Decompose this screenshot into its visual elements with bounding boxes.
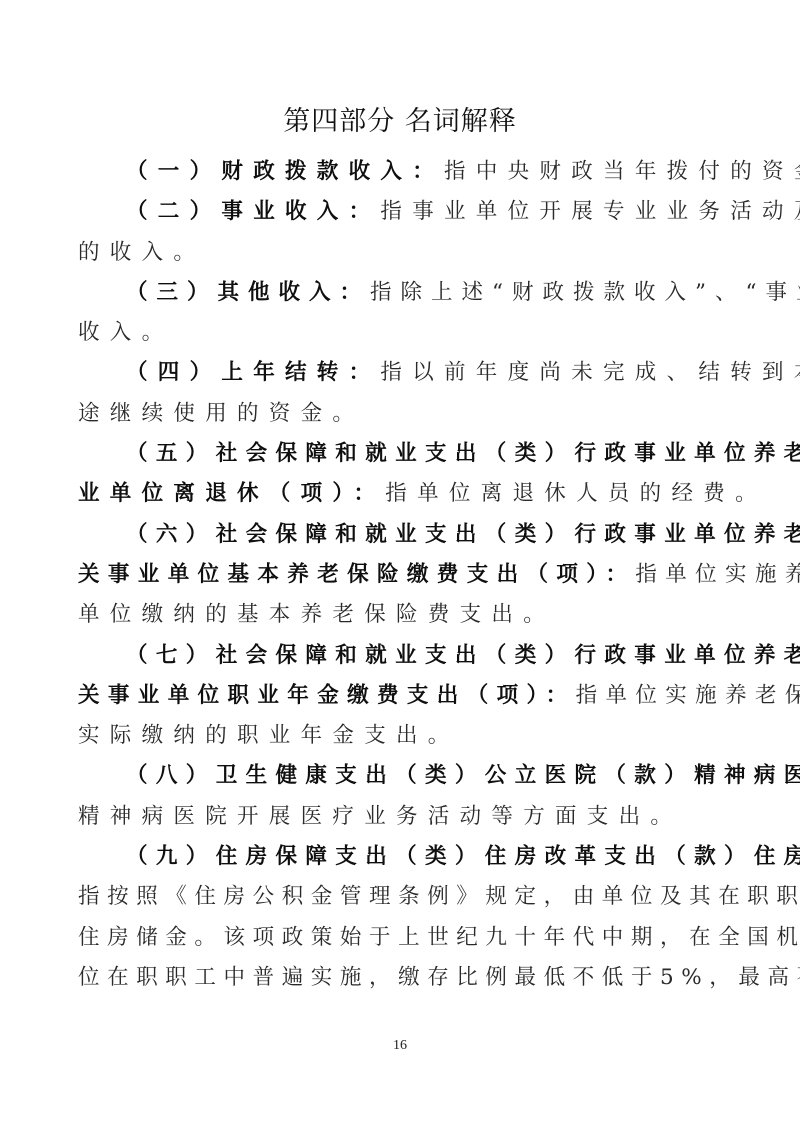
term-definition: 途继续使用的资金。: [78, 401, 364, 426]
glossary-entry-6-cont2: 单位缴纳的基本养老保险费支出。: [78, 595, 724, 635]
term-label: （八）卫生健康支出（类）公立医院（款）精神病医院 （项）：: [126, 763, 800, 788]
glossary-entry-9-cont: 指按照《住房公积金管理条例》规定，由单位及其在职职工缴存的长期: [78, 877, 724, 917]
term-definition: 位在职职工中普遍实施，缴存比例最低不低于5%，最高不超过12%，缴: [78, 965, 800, 990]
glossary-entry-3: （三）其他收入：指除上述“财政拨款收入”、“事业收入”、以外的: [78, 273, 724, 313]
glossary-body: （一）财政拨款收入：指中央财政当年拨付的资金。 （二）事业收入：指事业单位开展专…: [78, 152, 724, 998]
glossary-entry-9-cont2: 住房储金。该项政策始于上世纪九十年代中期，在全国机关、企事业单: [78, 918, 724, 958]
glossary-entry-6-cont: 关事业单位基本养老保险缴费支出（项）：指单位实施养老保险制度由: [78, 555, 724, 595]
term-definition: 指单位实施养老保险制度由单位: [576, 683, 800, 708]
term-label: （六）社会保障和就业支出（类）行政事业单位养老支出（款）机: [126, 522, 800, 547]
term-definition: 指单位实施养老保险制度由: [635, 562, 800, 587]
glossary-entry-1: （一）财政拨款收入：指中央财政当年拨付的资金。: [78, 152, 724, 192]
page-number: 16: [0, 1038, 800, 1054]
glossary-entry-9: （九）住房保障支出（类）住房改革支出（款）住房公积金（项）：: [78, 837, 724, 877]
term-label: 关事业单位职业年金缴费支出（项）：: [78, 683, 576, 708]
term-definition: 实际缴纳的职业年金支出。: [78, 723, 460, 748]
glossary-entry-2: （二）事业收入：指事业单位开展专业业务活动及辅助活动所取得: [78, 192, 724, 232]
term-definition: 指除上述“财政拨款收入”、“事业收入”、以外的: [370, 280, 800, 305]
term-definition: 指事业单位开展专业业务活动及辅助活动所取得: [380, 199, 800, 224]
glossary-entry-5-cont: 业单位离退休（项）：指单位离退休人员的经费。: [78, 474, 724, 514]
glossary-entry-3-cont: 收入。: [78, 313, 724, 353]
term-definition: 精神病医院开展医疗业务活动等方面支出。: [78, 804, 682, 829]
term-definition: 指中央财政当年拨付的资金。: [444, 159, 800, 184]
glossary-entry-9-cont3: 位在职职工中普遍实施，缴存比例最低不低于5%，最高不超过12%，缴: [78, 958, 724, 998]
term-definition: 指单位离退休人员的经费。: [385, 481, 767, 506]
glossary-entry-8: （八）卫生健康支出（类）公立医院（款）精神病医院 （项）：指: [78, 756, 724, 796]
glossary-entry-7-cont: 关事业单位职业年金缴费支出（项）：指单位实施养老保险制度由单位: [78, 676, 724, 716]
term-label: （五）社会保障和就业支出（类）行政事业单位养老支出（款）事: [126, 441, 800, 466]
term-definition: 指按照《住房公积金管理条例》规定，由单位及其在职职工缴存的长期: [78, 884, 800, 909]
glossary-entry-2-cont: 的收入。: [78, 233, 724, 273]
glossary-entry-5: （五）社会保障和就业支出（类）行政事业单位养老支出（款）事: [78, 434, 724, 474]
document-page: 第四部分 名词解释 （一）财政拨款收入：指中央财政当年拨付的资金。 （二）事业收…: [0, 0, 800, 1132]
glossary-entry-7-cont2: 实际缴纳的职业年金支出。: [78, 716, 724, 756]
term-definition: 指以前年度尚未完成、结转到本年仍按原规定用: [380, 360, 800, 385]
term-label: （九）住房保障支出（类）住房改革支出（款）住房公积金（项）：: [126, 844, 800, 869]
term-definition: 单位缴纳的基本养老保险费支出。: [78, 602, 555, 627]
term-label: （七）社会保障和就业支出（类）行政事业单位养老支出（款）机: [126, 643, 800, 668]
term-label: （一）财政拨款收入：: [126, 159, 444, 184]
glossary-entry-6: （六）社会保障和就业支出（类）行政事业单位养老支出（款）机: [78, 515, 724, 555]
term-label: （三）其他收入：: [126, 280, 370, 305]
term-label: 业单位离退休（项）：: [78, 481, 385, 506]
section-title: 第四部分 名词解释: [0, 104, 800, 140]
term-definition: 的收入。: [78, 240, 205, 265]
term-label: （二）事业收入：: [126, 199, 380, 224]
term-definition: 住房储金。该项政策始于上世纪九十年代中期，在全国机关、企事业单: [78, 925, 800, 950]
glossary-entry-4: （四）上年结转：指以前年度尚未完成、结转到本年仍按原规定用: [78, 353, 724, 393]
glossary-entry-8-cont: 精神病医院开展医疗业务活动等方面支出。: [78, 797, 724, 837]
term-label: 关事业单位基本养老保险缴费支出（项）：: [78, 562, 635, 587]
term-label: （四）上年结转：: [126, 360, 380, 385]
term-definition: 收入。: [78, 320, 173, 345]
glossary-entry-4-cont: 途继续使用的资金。: [78, 394, 724, 434]
glossary-entry-7: （七）社会保障和就业支出（类）行政事业单位养老支出（款）机: [78, 636, 724, 676]
